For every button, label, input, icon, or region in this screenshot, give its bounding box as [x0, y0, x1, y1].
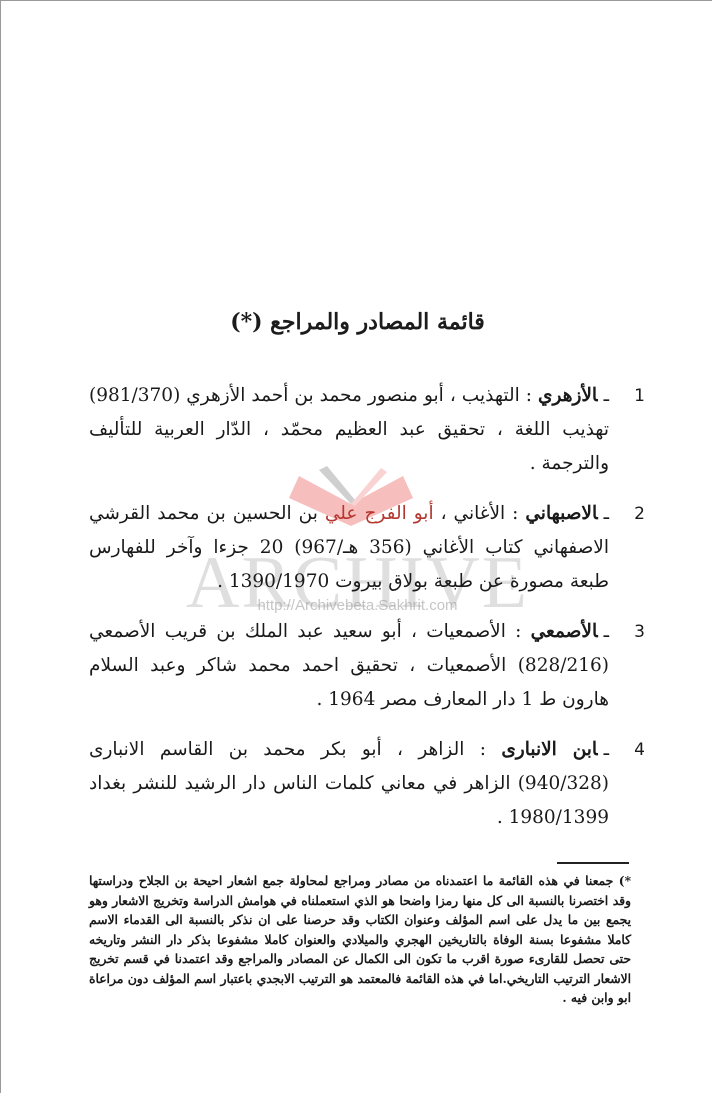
footnote-divider — [557, 862, 629, 864]
reference-highlight: أبو الفرج علي — [325, 503, 434, 524]
reference-dash: ـ — [604, 739, 609, 760]
reference-item: 4 ـابن الانبارى : الزاهر ، أبو بكر محمد … — [89, 733, 637, 835]
reference-author: الأصمعي — [531, 621, 598, 642]
reference-item: 2 ـالاصبهاني : الأغاني ، أبو الفرج علي ب… — [89, 497, 637, 599]
page-title: قائمة المصادر والمراجع (*) — [1, 309, 713, 335]
reference-dash: ـ — [604, 621, 609, 642]
reference-text: : التهذيب ، أبو منصور محمد بن أحمد الأزه… — [89, 385, 609, 474]
reference-text: : الأغاني ، — [434, 503, 526, 524]
reference-item: 3 ـالأصمعي : الأصمعيات ، أبو سعيد عبد ال… — [89, 615, 637, 717]
footnote: *) جمعنا في هذه القائمة ما اعتمدناه من م… — [89, 871, 631, 1008]
reference-item: 1 ـالأزهري : التهذيب ، أبو منصور محمد بن… — [89, 379, 637, 481]
reference-dash: ـ — [604, 503, 609, 524]
reference-list: 1 ـالأزهري : التهذيب ، أبو منصور محمد بن… — [89, 379, 637, 851]
reference-number: 3 — [621, 615, 645, 649]
reference-number: 2 — [621, 497, 645, 531]
reference-dash: ـ — [604, 385, 609, 406]
reference-author: ابن الانبارى — [501, 739, 597, 760]
reference-author: الاصبهاني — [525, 503, 597, 524]
reference-number: 1 — [621, 379, 645, 413]
reference-number: 4 — [621, 733, 645, 767]
reference-author: الأزهري — [538, 385, 598, 406]
document-page: ARCHIVE http://Archivebeta.Sakhrit.com ق… — [0, 0, 712, 1093]
